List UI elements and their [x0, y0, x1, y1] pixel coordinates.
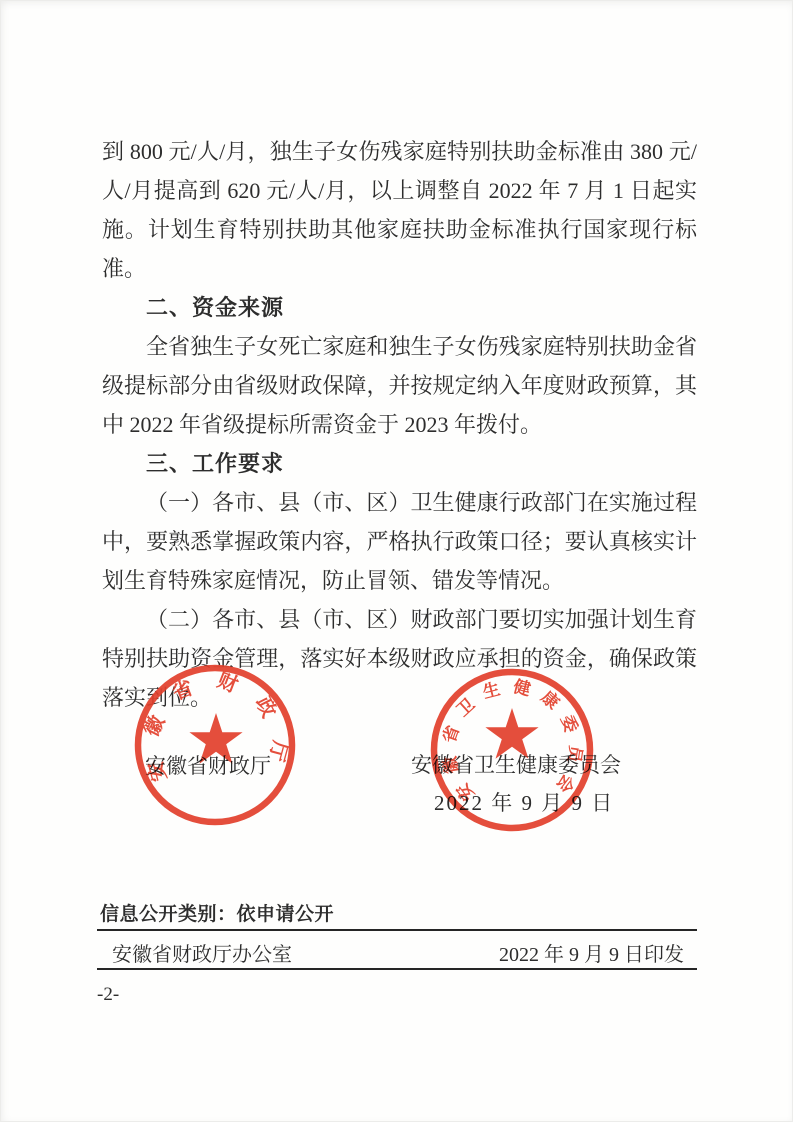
disclosure-value: 依申请公开: [237, 904, 335, 925]
section-heading-funding: 二、资金来源: [102, 288, 697, 327]
disclosure-line: 信息公开类别：依申请公开: [100, 899, 334, 926]
paragraph-continuation: 到 800 元/人/月，独生子女伤残家庭特别扶助金标准由 380 元/人/月提高…: [102, 132, 697, 288]
section-heading-requirements: 三、工作要求: [102, 444, 697, 483]
document-body: 到 800 元/人/月，独生子女伤残家庭特别扶助金标准由 380 元/人/月提高…: [102, 132, 697, 717]
signature-finance-department: 安徽省财政厅: [145, 750, 271, 780]
signature-health-commission: 安徽省卫生健康委员会: [411, 749, 621, 779]
disclosure-label: 信息公开类别：: [100, 904, 237, 925]
signature-date: 2022 年 9 月 9 日: [434, 787, 614, 817]
document-page: 到 800 元/人/月，独生子女伤残家庭特别扶助金标准由 380 元/人/月提高…: [0, 0, 793, 1122]
print-date: 2022 年 9 月 9 日印发: [499, 938, 684, 967]
paragraph-funding: 全省独生子女死亡家庭和独生子女伤残家庭特别扶助金省级提标部分由省级财政保障，并按…: [102, 327, 697, 444]
footer-divider-top: [97, 929, 697, 931]
paragraph-requirement-1: （一）各市、县（市、区）卫生健康行政部门在实施过程中，要熟悉掌握政策内容，严格执…: [102, 483, 697, 600]
issuer-office: 安徽省财政厅办公室: [112, 938, 292, 967]
issuer-row: 安徽省财政厅办公室 2022 年 9 月 9 日印发: [112, 938, 684, 967]
finance-department-seal: 安徽省财政厅: [129, 659, 301, 831]
page-number: -2-: [97, 984, 119, 1006]
footer-divider-bottom: [97, 968, 697, 970]
